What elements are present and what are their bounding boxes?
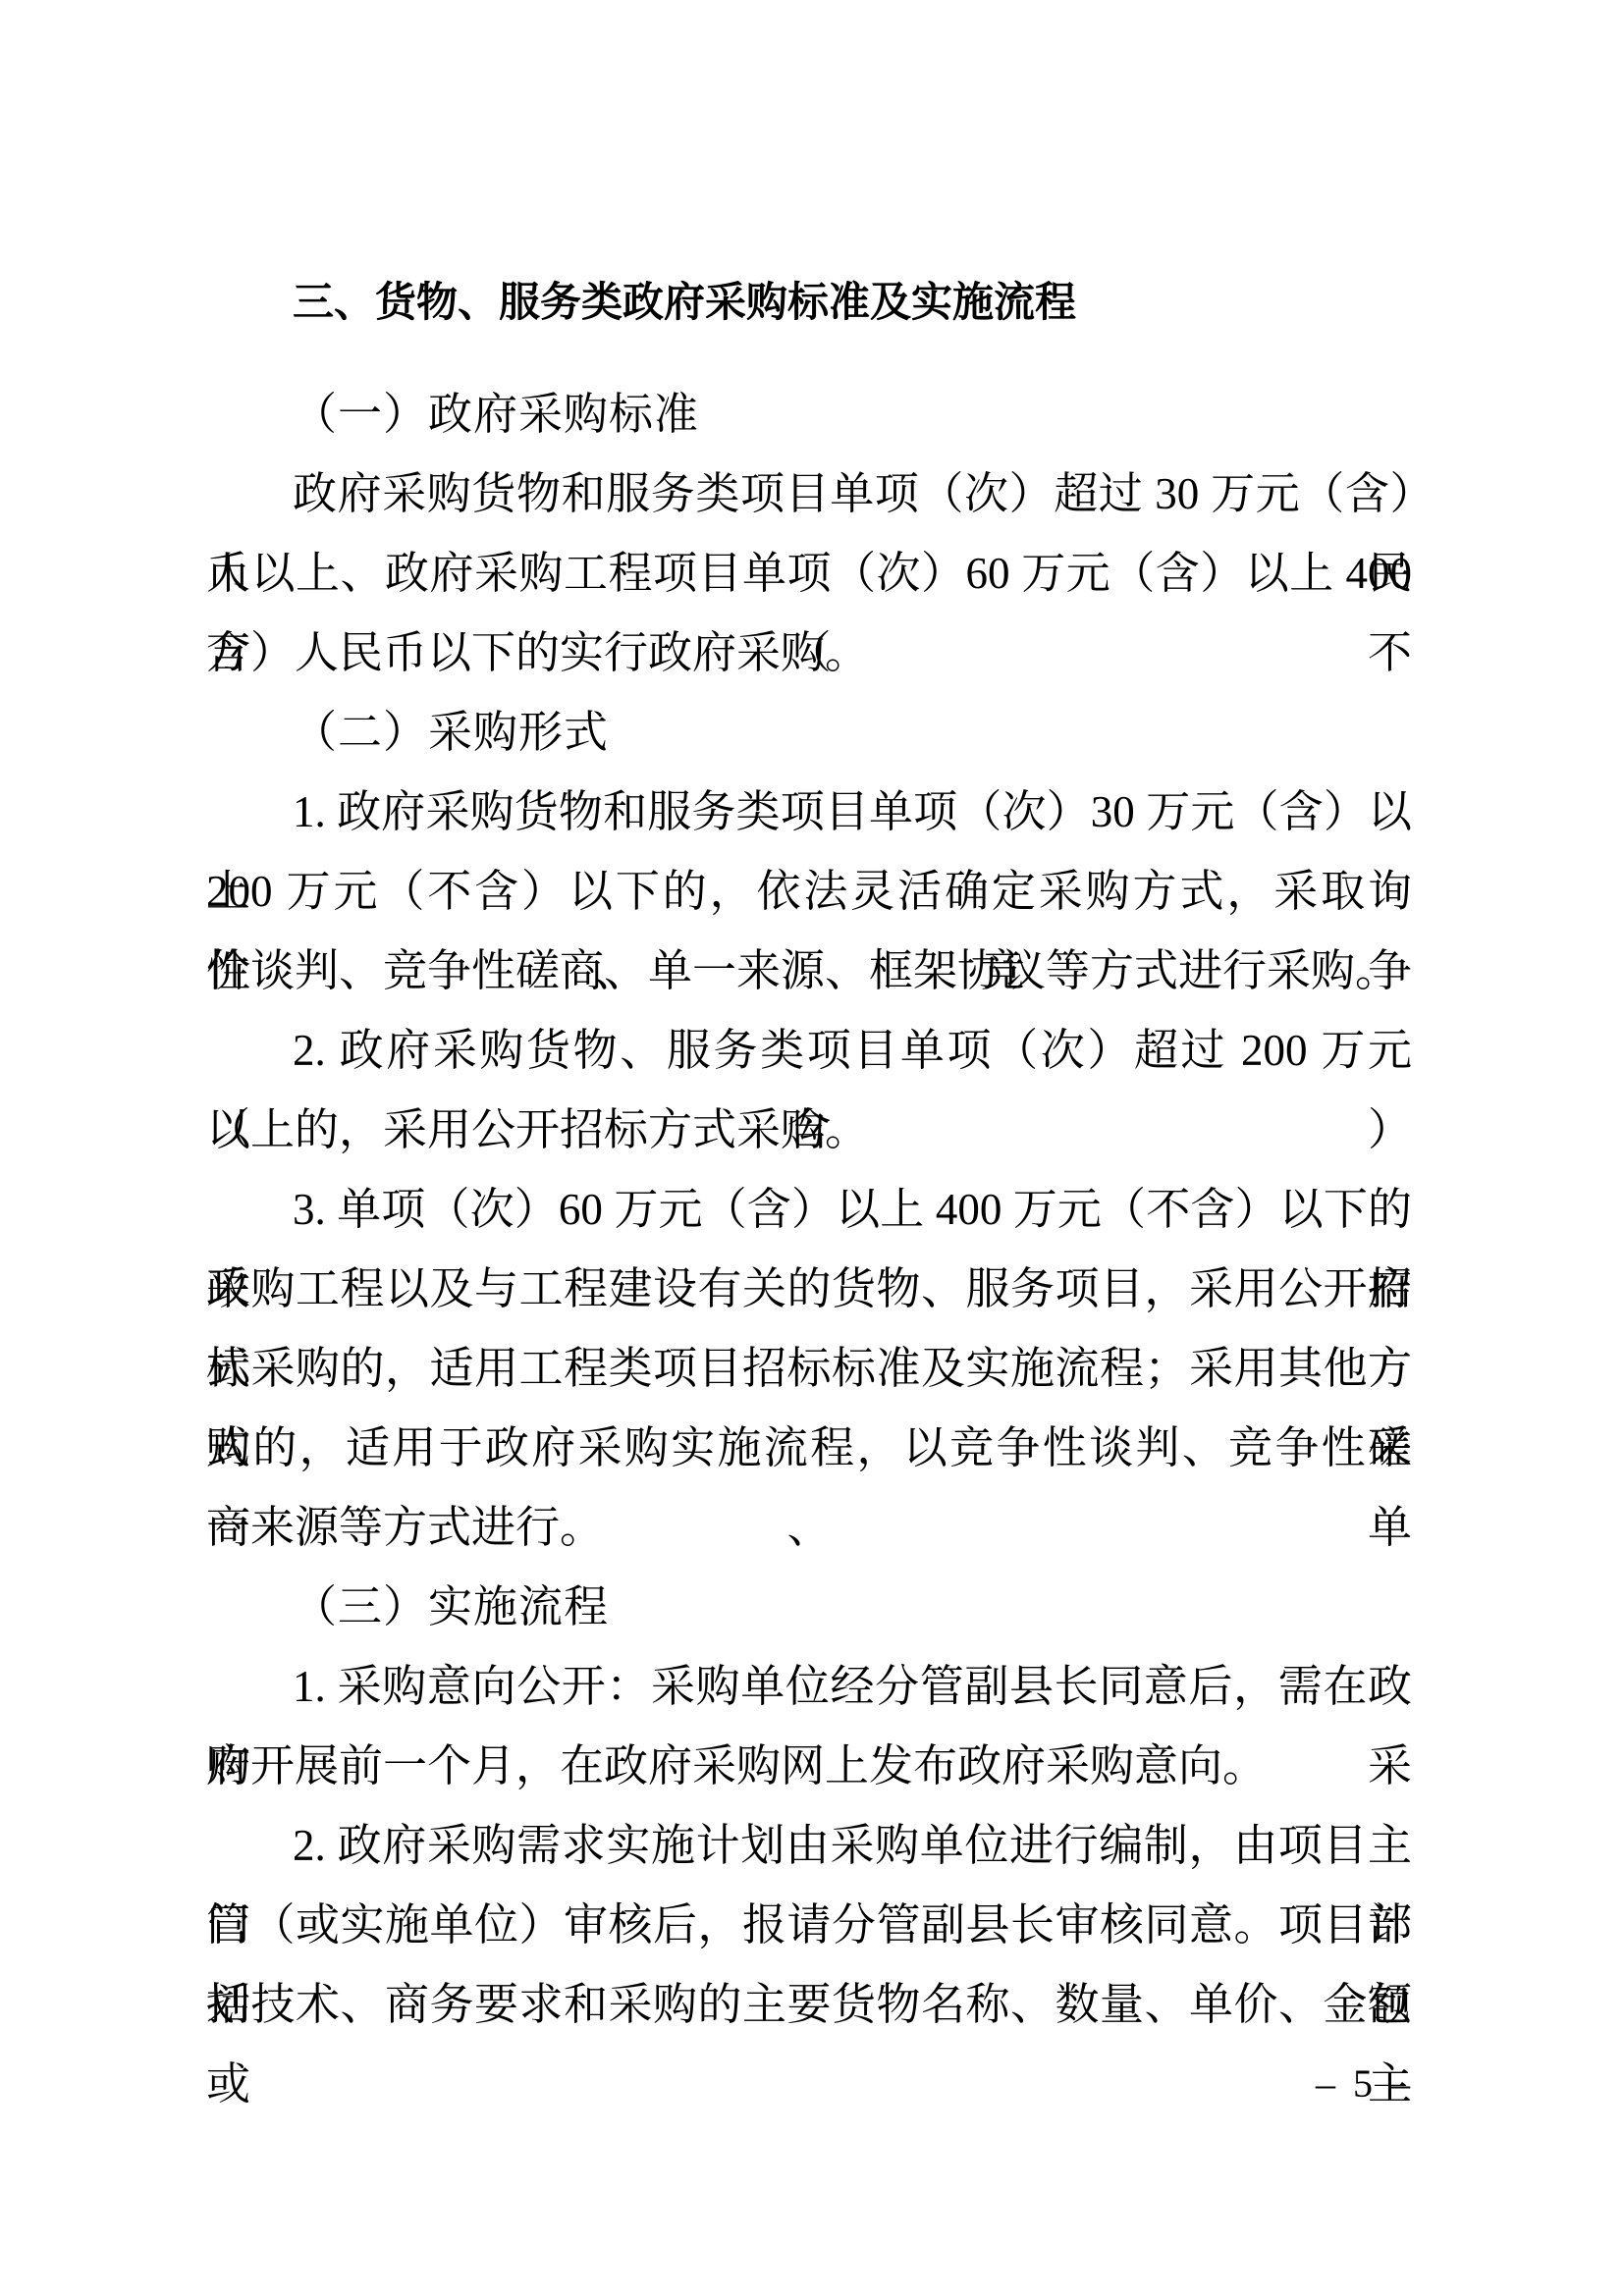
body-line: 式采购的，适用工程类项目招标标准及实施流程；采用其他方式采 [206, 1329, 1412, 1409]
body-line: 2. 政府采购货物、服务类项目单项（次）超过 200 万元（含） [206, 1011, 1412, 1091]
body-line: 性谈判、竞争性磋商、单一来源、框架协议等方式进行采购。 [206, 932, 1412, 1011]
document-lines: （一）政府采购标准政府采购货物和服务类项目单项（次）超过 30 万元（含）人民币… [206, 375, 1412, 2045]
section-heading: （二）采购形式 [206, 693, 1412, 773]
body-line: 购的，适用于政府采购实施流程，以竞争性谈判、竞争性磋商、单 [206, 1409, 1412, 1488]
section-title: 三、货物、服务类政府采购标准及实施流程 [206, 273, 1412, 332]
page-number: – 5 – [1316, 2057, 1414, 2110]
body-line: 200 万元（不含）以下的，依法灵活确定采购方式，采取询价、竞争 [206, 852, 1412, 932]
document-page: 三、货物、服务类政府采购标准及实施流程 （一）政府采购标准政府采购货物和服务类项… [0, 0, 1624, 2296]
document-content: 三、货物、服务类政府采购标准及实施流程 （一）政府采购标准政府采购货物和服务类项… [206, 273, 1412, 2045]
body-line: 政府采购货物和服务类项目单项（次）超过 30 万元（含）人民 [206, 454, 1412, 534]
body-line: 1. 采购意向公开：采购单位经分管副县长同意后，需在政府采 [206, 1647, 1412, 1727]
body-line: 门（或实施单位）审核后，报请分管副县长审核同意。项目计划包 [206, 1886, 1412, 1965]
body-line: 1. 政府采购货物和服务类项目单项（次）30 万元（含）以上 [206, 773, 1412, 852]
body-line: 币以上、政府采购工程项目单项（次）60 万元（含）以上 400 万（不 [206, 534, 1412, 614]
body-line: 括技术、商务要求和采购的主要货物名称、数量、单价、金额或主 [206, 1965, 1412, 2045]
body-line: 2. 政府采购需求实施计划由采购单位进行编制，由项目主管部 [206, 1806, 1412, 1886]
body-line: 3. 单项（次）60 万元（含）以上 400 万元（不含）以下的政府 [206, 1170, 1412, 1250]
body-line: 采购工程以及与工程建设有关的货物、服务项目，采用公开招标方 [206, 1250, 1412, 1329]
body-line: 购开展前一个月，在政府采购网上发布政府采购意向。 [206, 1727, 1412, 1806]
section-heading: （一）政府采购标准 [206, 375, 1412, 454]
section-heading: （三）实施流程 [206, 1568, 1412, 1647]
